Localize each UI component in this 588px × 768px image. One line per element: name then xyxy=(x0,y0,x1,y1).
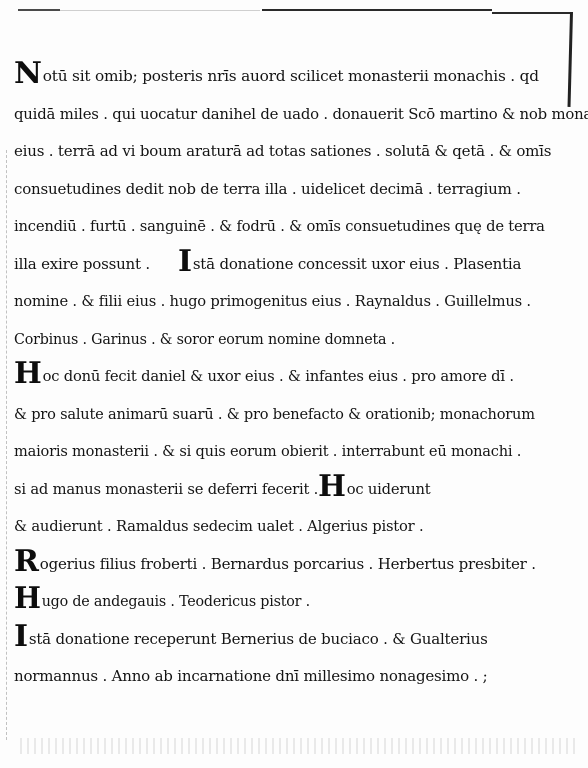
text-line: Istā donatione receperunt Bernerius de b… xyxy=(14,621,574,659)
text-line: & audierunt . Ramaldus sedecim ualet . A… xyxy=(14,508,574,546)
initial-letter: R xyxy=(14,544,39,579)
top-border-rule xyxy=(492,12,570,14)
initial-letter: N xyxy=(14,56,42,91)
text-line: Hoc donū fecit daniel & uxor eius . & in… xyxy=(14,358,574,396)
text-line: illa exire possunt .Istā donatione conce… xyxy=(14,246,574,284)
initial-letter: I xyxy=(178,244,192,279)
text-line: eius . terrā ad vi boum araturā ad totas… xyxy=(14,133,574,171)
text-line: quidā miles . qui uocatur danihel de uad… xyxy=(14,96,574,134)
top-border-rule xyxy=(18,9,60,11)
initial-letter: H xyxy=(14,581,41,616)
top-border-rule xyxy=(262,9,492,11)
text-line: si ad manus monasterii se deferri feceri… xyxy=(14,471,574,509)
text-line: Notū sit omib; posteris nrīs auord scili… xyxy=(14,58,574,96)
text-line: consuetudines dedit nob de terra illa . … xyxy=(14,171,574,209)
text-line: incendiū . furtū . sanguinē . & fodrū . … xyxy=(14,208,574,246)
text-line: & pro salute animarū suarū . & pro benef… xyxy=(14,396,574,434)
text-line: Rogerius filius froberti . Bernardus por… xyxy=(14,546,574,584)
text-line: Hugo de andegauis . Teodericus pistor . xyxy=(14,583,574,621)
charter-text: Notū sit omib; posteris nrīs auord scili… xyxy=(14,58,574,696)
text-line: Corbinus . Garinus . & soror eorum nomin… xyxy=(14,321,574,359)
text-line: nomine . & filii eius . hugo primogenitu… xyxy=(14,283,574,321)
top-border-rule-faint xyxy=(60,10,260,11)
initial-letter: H xyxy=(14,356,42,391)
left-margin-mark xyxy=(6,150,8,740)
initial-letter: I xyxy=(14,619,28,654)
initial-letter: H xyxy=(318,469,346,504)
text-line: maioris monasterii . & si quis eorum obi… xyxy=(14,433,574,471)
text-line: normannus . Anno ab incarnatione dnī mil… xyxy=(14,658,574,696)
bottom-edge-texture xyxy=(20,738,580,754)
manuscript-page: Notū sit omib; posteris nrīs auord scili… xyxy=(0,0,588,768)
